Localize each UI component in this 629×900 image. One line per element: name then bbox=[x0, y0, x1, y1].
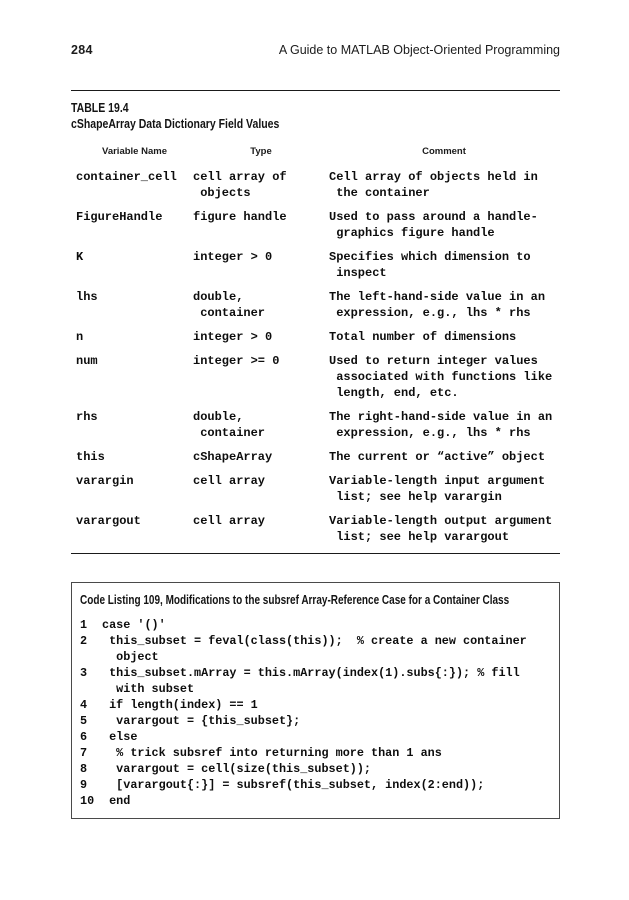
code-listing-title-text: Code Listing 109, Modifications to the s… bbox=[80, 593, 509, 608]
code-listing-title: Code Listing 109, Modifications to the s… bbox=[80, 591, 551, 609]
code-line-number: 7 bbox=[80, 745, 102, 761]
table-column-headers: Variable Name Type Comment bbox=[76, 146, 560, 157]
cell-type: integer >= 0 bbox=[193, 353, 329, 401]
table-top-rule bbox=[71, 90, 560, 91]
table-title-text: cShapeArray Data Dictionary Field Values bbox=[71, 117, 279, 131]
code-line: 5 varargout = {this_subset}; bbox=[80, 713, 551, 729]
code-line-text: % trick subsref into returning more than… bbox=[102, 745, 442, 761]
code-line: 4 if length(index) == 1 bbox=[80, 697, 551, 713]
cell-variable-name: container_cell bbox=[76, 169, 193, 201]
column-header-type: Type bbox=[193, 146, 329, 157]
table-bottom-rule bbox=[71, 553, 560, 554]
column-header-comment: Comment bbox=[329, 146, 559, 157]
column-header-variable-name: Variable Name bbox=[76, 146, 193, 157]
cell-variable-name: lhs bbox=[76, 289, 193, 321]
cell-type: cShapeArray bbox=[193, 449, 329, 465]
code-line: 6 else bbox=[80, 729, 551, 745]
table-row: lhs double, container The left-hand-side… bbox=[76, 289, 560, 321]
page-header: 284 A Guide to MATLAB Object-Oriented Pr… bbox=[71, 43, 560, 57]
table-row: varargin cell array Variable-length inpu… bbox=[76, 473, 560, 505]
table-row: FigureHandle figure handle Used to pass … bbox=[76, 209, 560, 241]
code-line: 1 case '()' bbox=[80, 617, 551, 633]
cell-comment: The current or “active” object bbox=[329, 449, 559, 465]
table-title: cShapeArray Data Dictionary Field Values bbox=[71, 117, 560, 131]
cell-variable-name: FigureHandle bbox=[76, 209, 193, 241]
code-line-number: 4 bbox=[80, 697, 102, 713]
code-listing-box: Code Listing 109, Modifications to the s… bbox=[71, 582, 560, 819]
table-row: container_cell cell array of objects Cel… bbox=[76, 169, 560, 201]
running-head: A Guide to MATLAB Object-Oriented Progra… bbox=[279, 43, 560, 57]
code-line-text: this_subset.mArray = this.mArray(index(1… bbox=[102, 665, 520, 697]
cell-comment: Used to return integer values associated… bbox=[329, 353, 559, 401]
code-line-number: 8 bbox=[80, 761, 102, 777]
cell-comment: Cell array of objects held in the contai… bbox=[329, 169, 559, 201]
code-line-text: if length(index) == 1 bbox=[102, 697, 258, 713]
book-page: 284 A Guide to MATLAB Object-Oriented Pr… bbox=[71, 0, 560, 819]
page-number: 284 bbox=[71, 43, 93, 57]
code-line-text: this_subset = feval(class(this)); % crea… bbox=[102, 633, 527, 665]
table-body: container_cell cell array of objects Cel… bbox=[76, 169, 560, 545]
table-label: TABLE 19.4 bbox=[71, 101, 560, 115]
code-line-text: [varargout{:}] = subsref(this_subset, in… bbox=[102, 777, 484, 793]
table-row: this cShapeArray The current or “active”… bbox=[76, 449, 560, 465]
cell-variable-name: varargout bbox=[76, 513, 193, 545]
cell-comment: The right-hand-side value in an expressi… bbox=[329, 409, 559, 441]
table-row: num integer >= 0 Used to return integer … bbox=[76, 353, 560, 401]
code-line: 2 this_subset = feval(class(this)); % cr… bbox=[80, 633, 551, 665]
cell-comment: Variable-length output argument list; se… bbox=[329, 513, 559, 545]
code-line-text: else bbox=[102, 729, 137, 745]
code-line: 3 this_subset.mArray = this.mArray(index… bbox=[80, 665, 551, 697]
table-row: rhs double, container The right-hand-sid… bbox=[76, 409, 560, 441]
code-line-number: 2 bbox=[80, 633, 102, 665]
code-line-number: 3 bbox=[80, 665, 102, 697]
code-line: 8 varargout = cell(size(this_subset)); bbox=[80, 761, 551, 777]
cell-variable-name: num bbox=[76, 353, 193, 401]
cell-type: double, container bbox=[193, 409, 329, 441]
table-row: n integer > 0 Total number of dimensions bbox=[76, 329, 560, 345]
cell-comment: Total number of dimensions bbox=[329, 329, 559, 345]
code-line-number: 5 bbox=[80, 713, 102, 729]
cell-variable-name: this bbox=[76, 449, 193, 465]
cell-type: figure handle bbox=[193, 209, 329, 241]
cell-type: cell array bbox=[193, 473, 329, 505]
code-line-number: 6 bbox=[80, 729, 102, 745]
cell-type: cell array of objects bbox=[193, 169, 329, 201]
cell-variable-name: K bbox=[76, 249, 193, 281]
code-line-number: 9 bbox=[80, 777, 102, 793]
cell-type: cell array bbox=[193, 513, 329, 545]
cell-type: double, container bbox=[193, 289, 329, 321]
cell-variable-name: varargin bbox=[76, 473, 193, 505]
code-line: 9 [varargout{:}] = subsref(this_subset, … bbox=[80, 777, 551, 793]
cell-type: integer > 0 bbox=[193, 329, 329, 345]
code-line-text: case '()' bbox=[102, 617, 166, 633]
cell-variable-name: rhs bbox=[76, 409, 193, 441]
cell-type: integer > 0 bbox=[193, 249, 329, 281]
code-line: 10 end bbox=[80, 793, 551, 809]
code-lines: 1 case '()' 2 this_subset = feval(class(… bbox=[80, 617, 551, 809]
code-line-number: 1 bbox=[80, 617, 102, 633]
code-line-text: varargout = cell(size(this_subset)); bbox=[102, 761, 371, 777]
cell-comment: Specifies which dimension to inspect bbox=[329, 249, 559, 281]
code-line-text: varargout = {this_subset}; bbox=[102, 713, 300, 729]
code-line: 7 % trick subsref into returning more th… bbox=[80, 745, 551, 761]
code-line-text: end bbox=[102, 793, 130, 809]
table-label-text: TABLE 19.4 bbox=[71, 101, 129, 115]
cell-comment: Used to pass around a handle- graphics f… bbox=[329, 209, 559, 241]
cell-comment: The left-hand-side value in an expressio… bbox=[329, 289, 559, 321]
cell-variable-name: n bbox=[76, 329, 193, 345]
table-row: K integer > 0 Specifies which dimension … bbox=[76, 249, 560, 281]
code-line-number: 10 bbox=[80, 793, 102, 809]
data-dictionary-table: Variable Name Type Comment container_cel… bbox=[71, 146, 560, 545]
table-row: varargout cell array Variable-length out… bbox=[76, 513, 560, 545]
cell-comment: Variable-length input argument list; see… bbox=[329, 473, 559, 505]
